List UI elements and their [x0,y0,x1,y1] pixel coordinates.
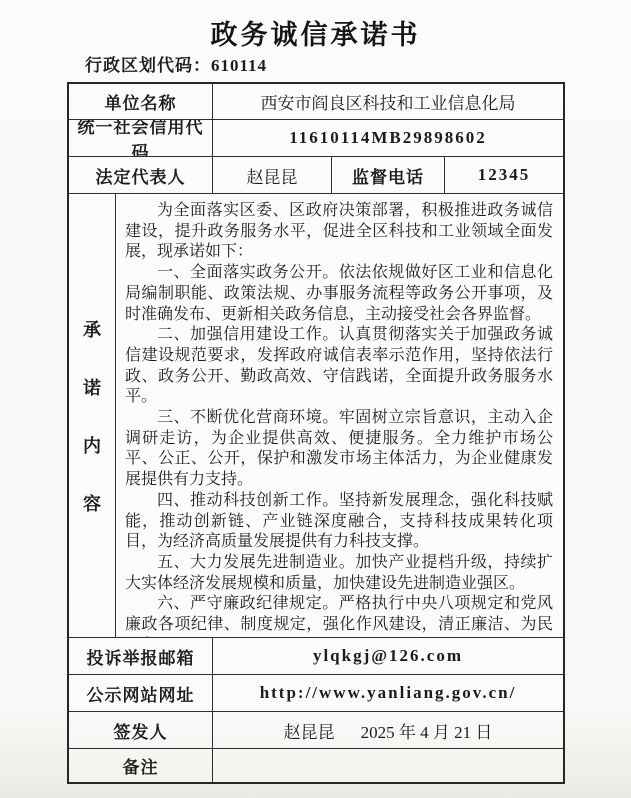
signer-date: 2025 年 4 月 21 日 [361,718,493,743]
public-site-value: http://www.yanliang.gov.cn/ [212,675,563,711]
commitment-content: 为全面落实区委、区政府决策部署，积极推进政务诚信建设，提升政务服务水平，促进全区… [115,194,563,637]
commitment-label-char: 容 [83,490,101,516]
table-row-public-site: 公示网站网址 http://www.yanliang.gov.cn/ [69,674,563,711]
commitment-paragraph: 为全面落实区委、区政府决策部署，积极推进政务诚信建设，提升政务服务水平，促进全区… [125,201,553,263]
legal-rep-value: 赵昆昆 [212,157,331,193]
signer-label: 签发人 [69,712,212,748]
commitment-label-char: 诺 [83,374,101,400]
remarks-value [212,749,563,782]
remarks-label: 备注 [69,749,212,782]
table-row-complaint-email: 投诉举报邮箱 ylqkgj@126.com [69,637,563,674]
supervise-phone-label: 监督电话 [331,157,444,193]
credit-code-label: 统一社会信用代码 [69,120,212,156]
commitment-paragraph: 五、大力发展先进制造业。加快产业提档升级，持续扩大实体经济发展规模和质量，加快建… [125,553,553,594]
table-row-remarks: 备注 [69,748,563,782]
complaint-email-label: 投诉举报邮箱 [69,638,212,674]
unit-name-label: 单位名称 [69,84,212,119]
legal-rep-label: 法定代表人 [69,157,212,193]
page-title: 政务诚信承诺书 [0,13,631,52]
commitment-paragraph: 六、严守廉政纪律规定。严格执行中央八项规定和党风廉政各项纪律、制度规定，强化作风… [125,594,553,637]
admin-division-code: 行政区划代码：610114 [85,51,267,76]
public-site-label: 公示网站网址 [69,675,212,711]
commitment-label-vertical: 承 诺 内 容 [69,194,115,637]
commitment-paragraph: 一、全面落实政务公开。依法依规做好区工业和信息化局编制职能、政策法规、办事服务流… [125,263,553,325]
credit-code-value: 11610114MB29898602 [212,120,563,156]
complaint-email-value: ylqkgj@126.com [212,638,563,674]
commitment-label-char: 内 [83,432,101,458]
unit-name-value: 西安市阎良区科技和工业信息化局 [212,84,563,119]
commitment-paragraph: 二、加强信用建设工作。认真贯彻落实关于加强政务诚信建设规范要求，发挥政府诚信表率… [125,325,553,408]
table-row-commitment: 承 诺 内 容 为全面落实区委、区政府决策部署，积极推进政务诚信建设，提升政务服… [69,193,563,637]
document-page: 政务诚信承诺书 行政区划代码：610114 单位名称 西安市阎良区科技和工业信息… [0,0,631,798]
table-row-credit-code: 统一社会信用代码 11610114MB29898602 [69,119,563,156]
table-row-signer: 签发人 赵昆昆 2025 年 4 月 21 日 [69,711,563,748]
commitment-table: 单位名称 西安市阎良区科技和工业信息化局 统一社会信用代码 11610114MB… [67,82,565,784]
signer-name: 赵昆昆 [284,718,335,743]
commitment-paragraph: 三、不断优化营商环境。牢固树立宗旨意识，主动入企调研走访，为企业提供高效、便捷服… [125,408,553,491]
table-row-unit-name: 单位名称 西安市阎良区科技和工业信息化局 [69,84,563,119]
supervise-phone-value: 12345 [444,157,563,193]
signer-value: 赵昆昆 2025 年 4 月 21 日 [212,712,563,748]
commitment-paragraph: 四、推动科技创新工作。坚持新发展理念，强化科技赋能，推动创新链、产业链深度融合，… [125,491,553,553]
table-row-legal-rep: 法定代表人 赵昆昆 监督电话 12345 [69,156,563,193]
commitment-label-char: 承 [83,316,101,342]
